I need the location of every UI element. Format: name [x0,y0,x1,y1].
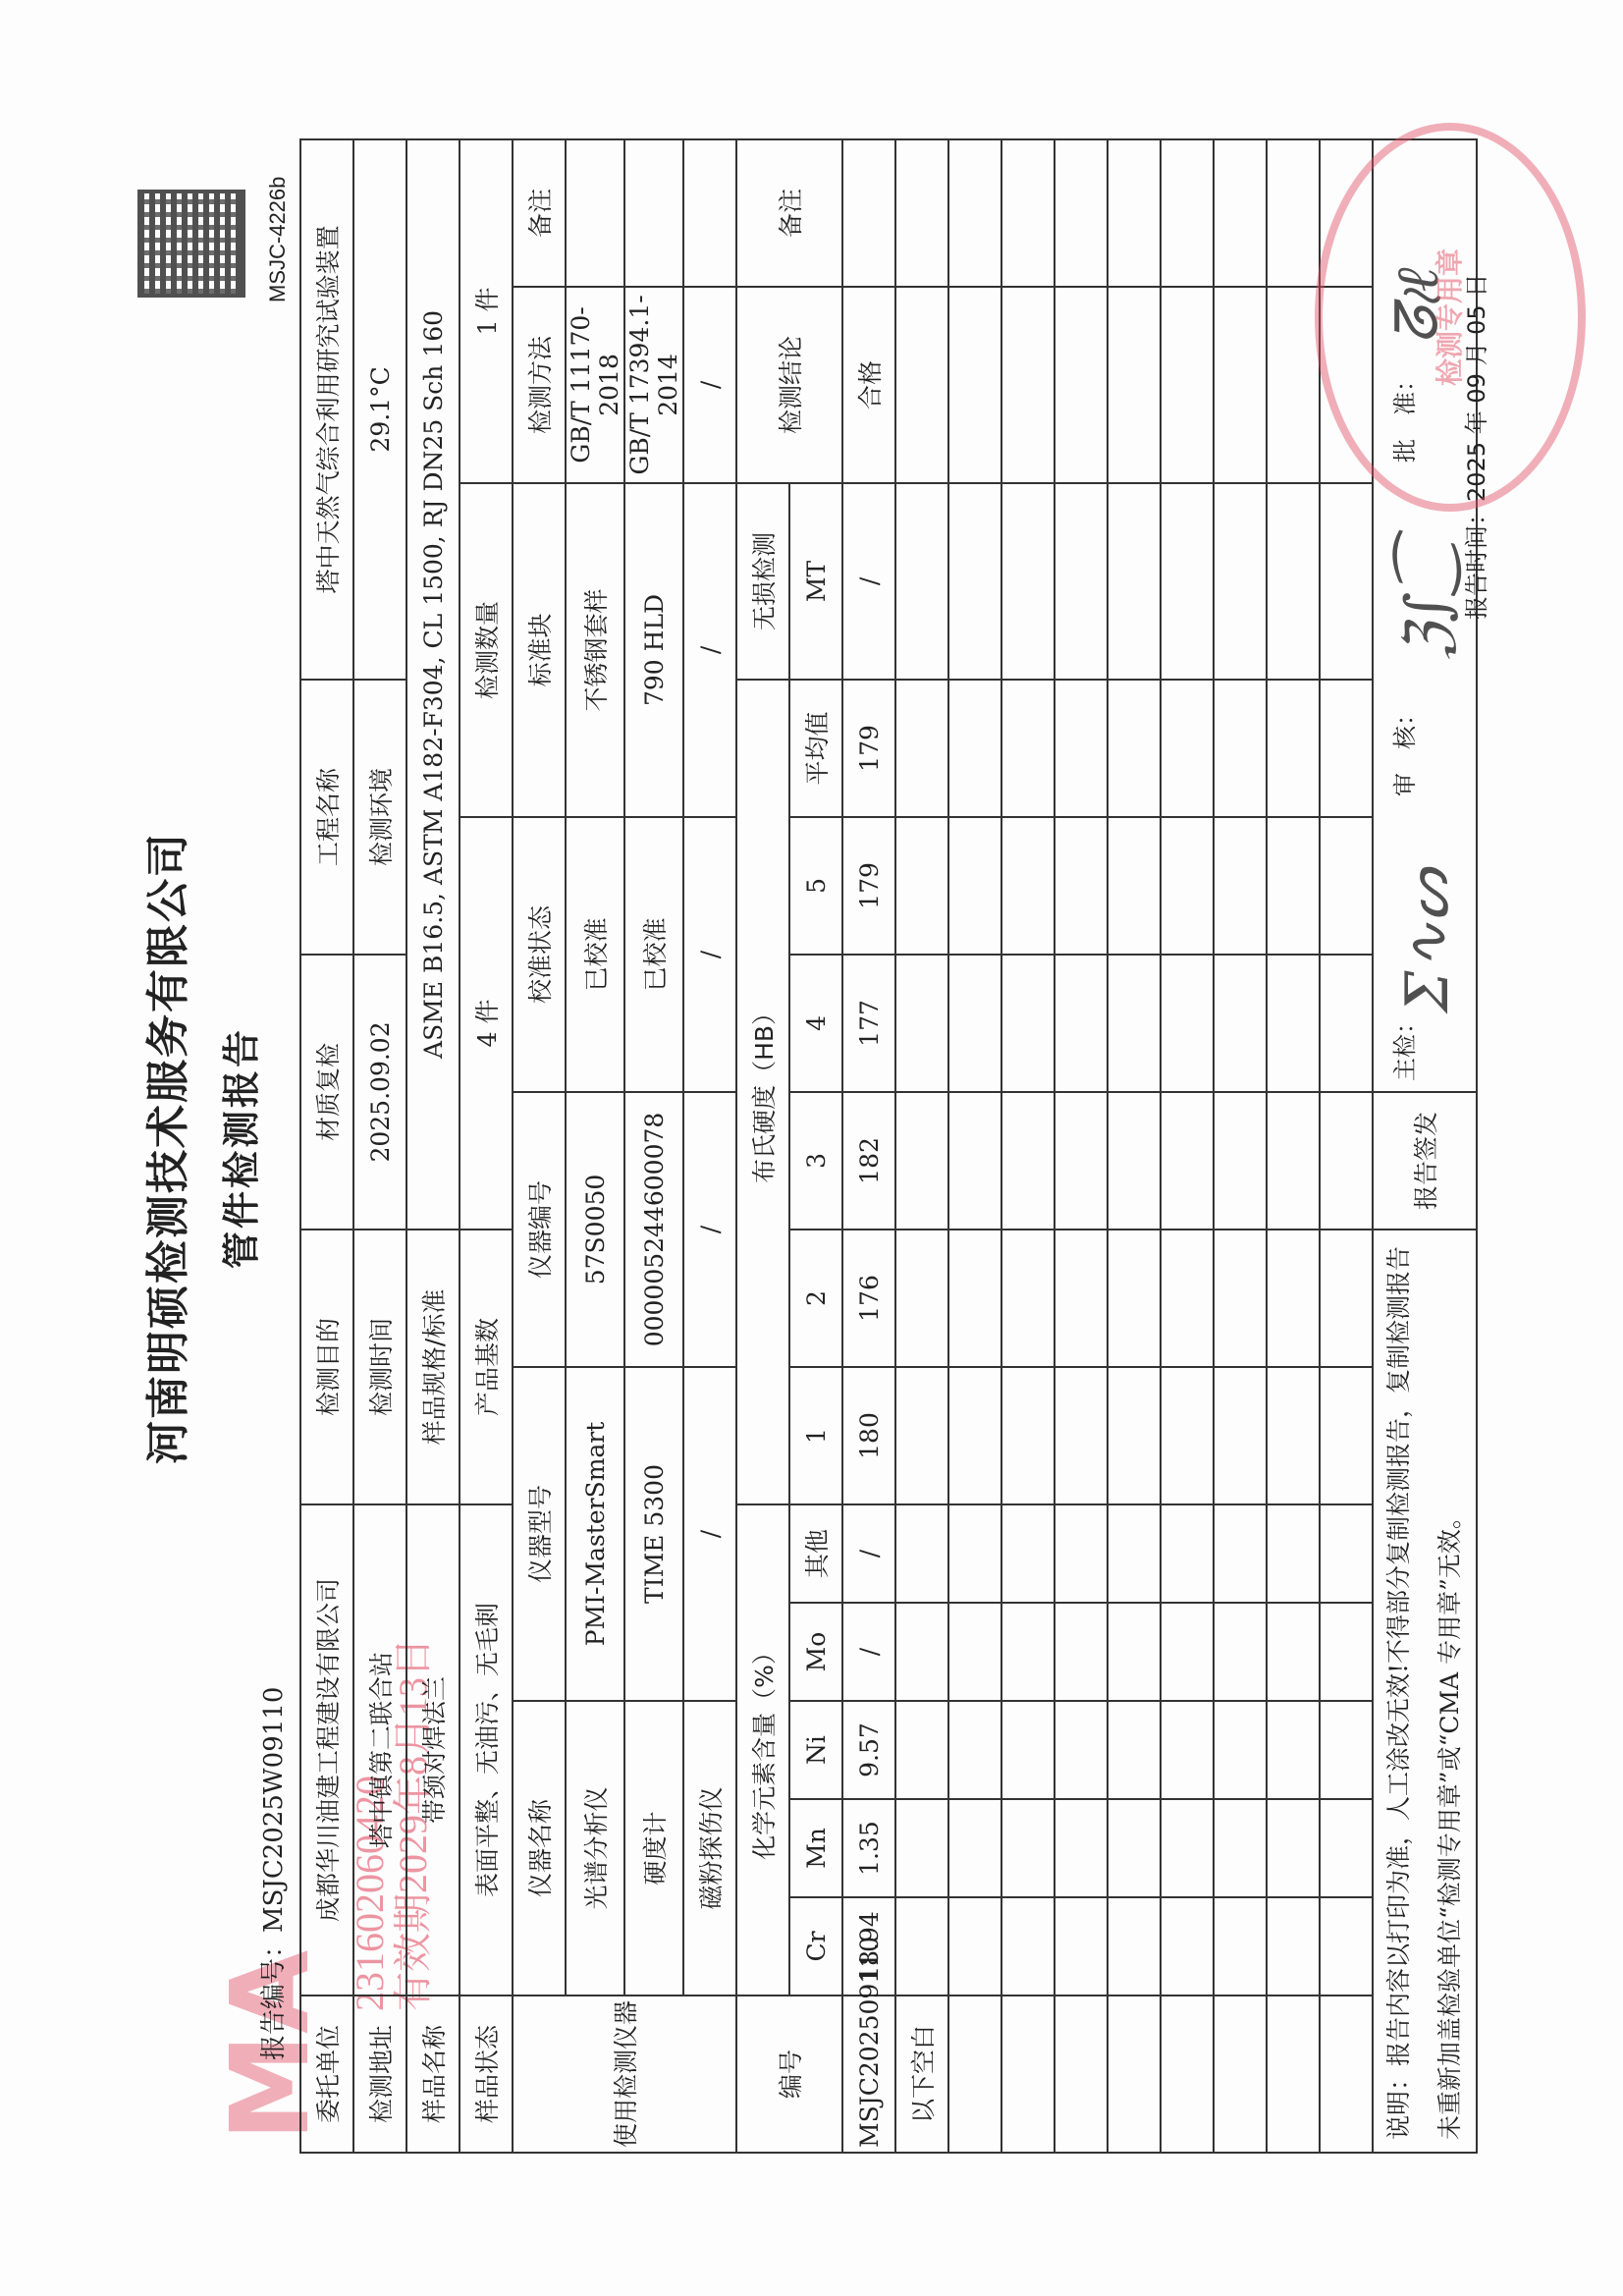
empty-row [1267,139,1320,2153]
empty-cell [1001,483,1055,680]
hardness-col-header: 5 [789,817,842,955]
empty-row [1214,139,1267,2153]
empty-cell [1001,1897,1055,1995]
empty-cell [1214,680,1267,817]
empty-cell [1214,139,1267,287]
sample-id: 以下空白 [895,1995,948,2153]
instrument-block: 790 HLD [624,483,683,817]
empty-cell [1108,817,1161,955]
site-label: 检测地址 [353,1995,406,2153]
empty-cell [1108,1367,1161,1504]
empty-cell [1320,1504,1373,1603]
empty-cell [1161,1799,1214,1897]
hardness-value: 180 [842,1367,895,1504]
hardness-col-header: 2 [789,1230,842,1367]
instrument-serial: 000005244600078 [624,1092,683,1367]
empty-cell [1214,1092,1267,1230]
empty-cell [1320,1092,1373,1230]
client-value: 成都华川油建工程建设有限公司 [300,1504,353,1995]
instrument-remark [624,139,683,287]
project-label: 工程名称 [300,680,353,955]
empty-cell [1320,1230,1373,1367]
empty-cell [1001,817,1055,955]
empty-cell [1267,817,1320,955]
empty-cell [1161,955,1214,1092]
instrument-calibration: 已校准 [566,817,624,1092]
result-rows: MSJC20250911018.941.359.57//180176182177… [842,139,1373,2153]
empty-cell [1267,287,1320,483]
empty-cell [1320,817,1373,955]
report-number-label: 报告编号： [259,1933,289,2060]
instrument-calibration: 已校准 [624,817,683,1092]
base-label: 产品基数 [460,1230,513,1504]
empty-cell [1108,1504,1161,1603]
remark-value [842,139,895,287]
reviewer-signature-icon: ℨ∫⁐ [1393,545,1462,659]
empty-cell [1055,1995,1108,2153]
empty-row [1055,139,1108,2153]
hardness-value: 179 [842,680,895,817]
empty-cell [1214,483,1267,680]
ndt-col-header: MT [789,483,842,680]
empty-cell [1108,139,1161,287]
signature-cell: 主检： Ʃ∿ᔕ 审 核： ℨ∫⁐ 批 准： ᘔ≀ℓ 报告时间： 2025 年 0… [1373,139,1477,1092]
form-code: MSJC-4226b [265,177,291,302]
empty-cell [1108,1995,1161,2153]
report-date-label: 报告时间： [1457,502,1491,620]
table-row: 以下空白 [895,139,948,2153]
empty-cell [1055,1799,1108,1897]
empty-row [1001,139,1055,2153]
instrument-row: 光谱分析仪 PMI-MasterSmart 57S0050 已校准 不锈钢套样 … [566,139,624,2153]
empty-cell [1055,817,1108,955]
empty-cell [948,1701,1001,1799]
hardness-value: 179 [842,817,895,955]
empty-cell [1001,1799,1055,1897]
instrument-name-header: 仪器名称 [513,1701,566,1995]
calibration-header: 校准状态 [513,817,566,1092]
empty-cell [1055,1897,1108,1995]
empty-cell [1108,680,1161,817]
empty-row [948,139,1001,2153]
empty-cell [1161,1897,1214,1995]
row-state: 样品状态 表面平整、无油污、无毛刺 产品基数 4 件 检测数量 1 件 [460,139,513,2153]
env-label: 检测环境 [353,680,406,955]
seal-stamp-icon: 检测专用章 [1315,123,1586,512]
instrument-serial: 57S0050 [566,1092,624,1367]
report-number-value: MSJC2025W09110 [259,1687,289,1933]
issue-label: 报告签发 [1373,1092,1477,1230]
instrument-block: 不锈钢套样 [566,483,624,817]
empty-cell [1055,1230,1108,1367]
empty-cell [1161,1701,1214,1799]
empty-cell [1001,1995,1055,2153]
hardness-header: 布氏硬度（HB） [736,680,789,1504]
chem-col-header: Cr [789,1897,842,1995]
empty-cell [1267,1230,1320,1367]
empty-cell [1320,1995,1373,2153]
empty-cell [1320,1897,1373,1995]
empty-cell [1001,287,1055,483]
empty-cell [948,483,1001,680]
chem-value [895,1603,948,1701]
empty-cell [1108,1603,1161,1701]
site-value: 塔中镇第二联合站 [353,1504,406,1995]
empty-cell [1267,1367,1320,1504]
spec-value: ASME B16.5, ASTM A182-F304, CL 1500, RJ … [406,139,460,1230]
empty-cell [1001,139,1055,287]
chem-value: 18.94 [842,1897,895,1995]
empty-cell [1214,1230,1267,1367]
empty-cell [1108,955,1161,1092]
report-page: MSJC-4226b 河南明硕检测技术服务有限公司 管件检测报告 MA 2316… [0,0,1623,2296]
empty-cell [1214,1701,1267,1799]
instrument-row: 磁粉探伤仪 / / / / / [683,139,736,2153]
empty-cell [1108,1701,1161,1799]
empty-cell [948,1367,1001,1504]
remark-value [895,139,948,287]
qty-value: 1 件 [460,139,513,483]
empty-cell [1001,680,1055,817]
empty-cell [1161,680,1214,817]
empty-cell [948,817,1001,955]
empty-cell [1001,1367,1055,1504]
empty-cell [1161,1367,1214,1504]
empty-cell [1214,1897,1267,1995]
purpose-label: 检测目的 [300,1230,353,1504]
sample-value: 带颈对焊法兰 [406,1504,460,1995]
instrument-method: / [683,287,736,483]
method-header: 检测方法 [513,287,566,483]
instrument-method: GB/T 11170-2018 [566,287,624,483]
row-sample: 样品名称 带颈对焊法兰 样品规格/标准 ASME B16.5, ASTM A18… [406,139,460,2153]
instrument-name: 磁粉探伤仪 [683,1701,736,1995]
footer-row: 说明：报告内容以打印为准，人工涂改无效!不得部分复制检测报告，复制检测报告未重新… [1373,139,1477,2153]
chem-col-header: 其他 [789,1504,842,1603]
inspector-label: 主检： [1385,1011,1420,1081]
instruments-header-row: 使用检测仪器 仪器名称 仪器型号 仪器编号 校准状态 标准块 检测方法 备注 [513,139,566,2153]
env-value: 29.1°C [353,139,406,680]
empty-cell [1320,1799,1373,1897]
instrument-remark-header: 备注 [513,139,566,287]
empty-cell [1267,955,1320,1092]
empty-cell [1055,955,1108,1092]
standard-block-header: 标准块 [513,483,566,817]
client-label: 委托单位 [300,1995,353,2153]
empty-cell [1161,1230,1214,1367]
date-label: 检测时间 [353,1230,406,1504]
hardness-col-header: 1 [789,1367,842,1504]
sample-label: 样品名称 [406,1995,460,2153]
empty-cell [1108,483,1161,680]
instrument-name: 光谱分析仪 [566,1701,624,1995]
empty-cell [1214,1995,1267,2153]
empty-cell [1267,1799,1320,1897]
empty-cell [1161,1092,1214,1230]
inspector-signature-icon: Ʃ∿ᔕ [1393,869,1462,1012]
chem-value [895,1897,948,1995]
remark-header: 备注 [736,139,842,287]
date-value: 2025.09.02 [353,955,406,1230]
empty-cell [948,287,1001,483]
empty-cell [948,955,1001,1092]
empty-cell [1267,680,1320,817]
empty-cell [1108,1897,1161,1995]
empty-cell [1055,1092,1108,1230]
empty-cell [948,1092,1001,1230]
empty-cell [1267,1701,1320,1799]
hardness-value [895,680,948,817]
report-table: 委托单位 成都华川油建工程建设有限公司 检测目的 材质复检 工程名称 塔中天然气… [299,138,1478,2154]
state-value: 表面平整、无油污、无毛刺 [460,1504,513,1995]
instrument-model: TIME 5300 [624,1367,683,1701]
empty-cell [1267,483,1320,680]
reviewer-label: 审 核： [1385,702,1420,796]
hardness-value [895,955,948,1092]
chem-value: 9.57 [842,1701,895,1799]
empty-cell [1055,680,1108,817]
report-number: 报告编号：MSJC2025W09110 [253,1687,290,2060]
hardness-value: 177 [842,955,895,1092]
empty-cell [1108,1092,1161,1230]
ndt-header: 无损检测 [736,483,789,680]
empty-cell [948,1603,1001,1701]
empty-cell [1267,139,1320,287]
empty-cell [1055,287,1108,483]
chem-value: / [842,1504,895,1603]
instrument-calibration: / [683,817,736,1092]
empty-row [1108,139,1161,2153]
state-label: 样品状态 [460,1995,513,2153]
empty-cell [1214,1504,1267,1603]
instruments-label: 使用检测仪器 [513,1995,736,2153]
empty-cell [1320,1367,1373,1504]
hardness-value [895,1092,948,1230]
empty-cell [1161,483,1214,680]
empty-cell [1320,955,1373,1092]
empty-cell [1055,1504,1108,1603]
hardness-col-header: 3 [789,1092,842,1230]
sample-id: MSJC202509110 [842,1995,895,2153]
ndt-value: / [842,483,895,680]
chem-value [895,1799,948,1897]
instrument-model-header: 仪器型号 [513,1367,566,1701]
empty-cell [948,680,1001,817]
empty-cell [1214,955,1267,1092]
instrument-remark [566,139,624,287]
hardness-col-header: 4 [789,955,842,1092]
empty-cell [1001,1603,1055,1701]
empty-cell [1320,1603,1373,1701]
instrument-model: PMI-MasterSmart [566,1367,624,1701]
row-site: 检测地址 塔中镇第二联合站 检测时间 2025.09.02 检测环境 29.1°… [353,139,406,2153]
chem-value: / [842,1603,895,1701]
hardness-value [895,817,948,955]
empty-cell [1055,139,1108,287]
empty-cell [948,1230,1001,1367]
empty-cell [948,1995,1001,2153]
chem-col-header: Mn [789,1799,842,1897]
chem-value [895,1504,948,1603]
empty-cell [1161,1995,1214,2153]
purpose-value: 材质复检 [300,955,353,1230]
empty-cell [1267,1897,1320,1995]
ndt-value [895,483,948,680]
qty-label: 检测数量 [460,483,513,817]
hardness-value: 176 [842,1230,895,1367]
empty-cell [948,139,1001,287]
hardness-value: 182 [842,1092,895,1230]
empty-cell [1055,1603,1108,1701]
instrument-block: / [683,483,736,817]
empty-cell [1055,1367,1108,1504]
instrument-serial: / [683,1092,736,1367]
empty-cell [948,1799,1001,1897]
instrument-remark [683,139,736,287]
empty-row [1161,139,1214,2153]
instrument-row: 硬度计 TIME 5300 000005244600078 已校准 790 HL… [624,139,683,2153]
hardness-value [895,1230,948,1367]
empty-cell [1267,1092,1320,1230]
base-value: 4 件 [460,817,513,1230]
empty-cell [1161,1504,1214,1603]
chem-value [895,1701,948,1799]
empty-cell [1001,1230,1055,1367]
footer-note: 说明：报告内容以打印为准，人工涂改无效!不得部分复制检测报告，复制检测报告未重新… [1373,1230,1477,2153]
conclusion-value: 合格 [842,287,895,483]
row-client: 委托单位 成都华川油建工程建设有限公司 检测目的 材质复检 工程名称 塔中天然气… [300,139,353,2153]
empty-cell [1214,817,1267,955]
empty-cell [1055,1701,1108,1799]
empty-cell [948,1504,1001,1603]
conclusion-value [895,287,948,483]
empty-cell [1214,1799,1267,1897]
chem-col-header: Ni [789,1701,842,1799]
empty-cell [1161,139,1214,287]
spec-label: 样品规格/标准 [406,1230,460,1504]
empty-cell [1001,955,1055,1092]
empty-cell [1214,287,1267,483]
hardness-value [895,1367,948,1504]
project-value: 塔中天然气综合利用研究试验装置 [300,139,353,680]
empty-cell [1055,483,1108,680]
empty-cell [1108,1230,1161,1367]
empty-cell [1001,1092,1055,1230]
empty-cell [1214,1367,1267,1504]
empty-cell [1108,1799,1161,1897]
company-name: 河南明硕检测技术服务有限公司 [133,0,195,2296]
empty-cell [1267,1995,1320,2153]
empty-cell [1267,1504,1320,1603]
empty-cell [1001,1504,1055,1603]
empty-cell [948,1897,1001,1995]
results-group-header: 编号 化学元素含量（%） 布氏硬度（HB） 无损检测 检测结论 备注 [736,139,789,2153]
instrument-serial-header: 仪器编号 [513,1092,566,1367]
chem-value: 1.35 [842,1799,895,1897]
empty-cell [1161,817,1214,955]
empty-cell [1320,680,1373,817]
empty-cell [1108,287,1161,483]
table-row: MSJC20250911018.941.359.57//180176182177… [842,139,895,2153]
empty-cell [1320,483,1373,680]
instrument-name: 硬度计 [624,1701,683,1995]
chem-header: 化学元素含量（%） [736,1504,789,1995]
id-header: 编号 [736,1995,842,2153]
empty-cell [1001,1701,1055,1799]
hardness-col-header: 平均值 [789,680,842,817]
empty-cell [1320,1701,1373,1799]
chem-col-header: Mo [789,1603,842,1701]
instrument-model: / [683,1367,736,1701]
empty-cell [1267,1603,1320,1701]
instrument-method: GB/T 17394.1-2014 [624,287,683,483]
empty-cell [1214,1603,1267,1701]
empty-cell [1161,287,1214,483]
empty-cell [1161,1603,1214,1701]
conclusion-header: 检测结论 [736,287,842,483]
